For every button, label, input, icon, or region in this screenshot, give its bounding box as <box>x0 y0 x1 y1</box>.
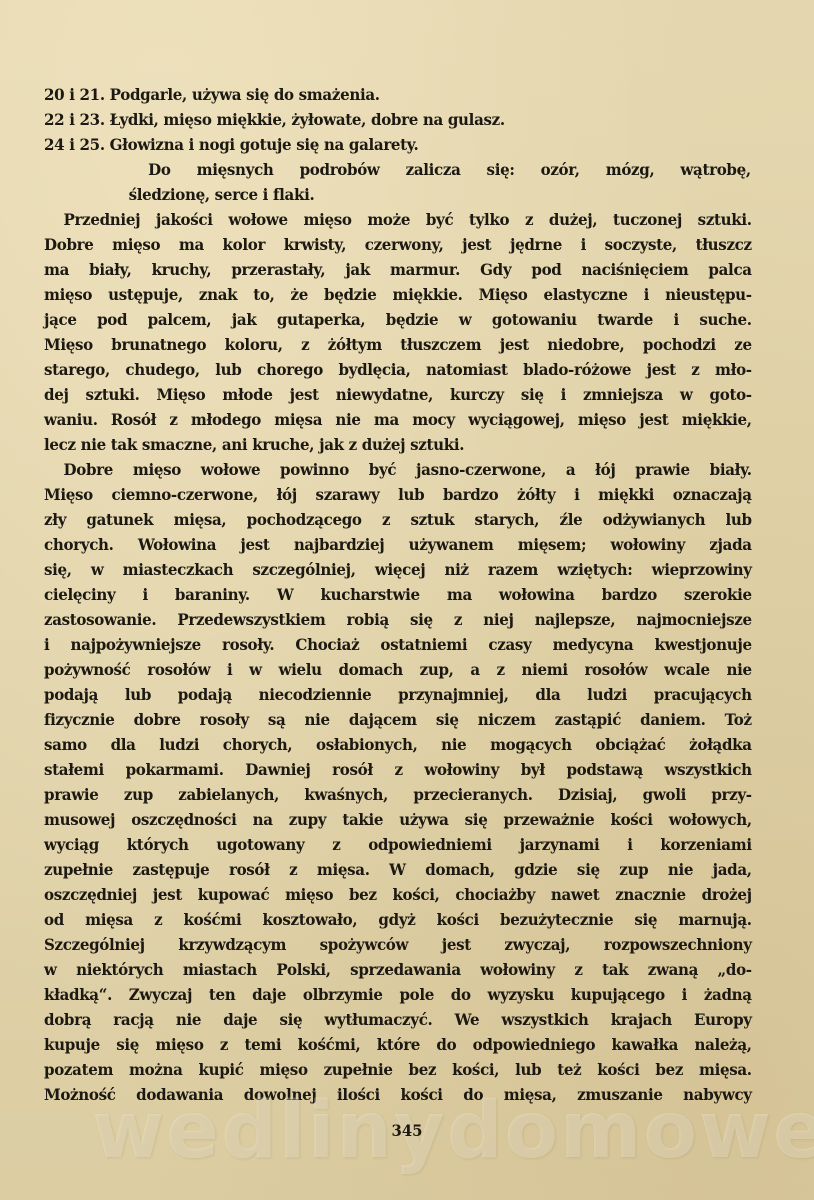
paragraph-line: Mięso ciemno-czerwone, łój szarawy lub b… <box>44 482 752 507</box>
list-item-podgarle: 20 i 21. Podgarle, używa się do smażenia… <box>44 82 752 107</box>
paragraph-line: się, w miasteczkach szczególniej, więcej… <box>44 557 752 582</box>
offal-note-line: śledzionę, serce i flaki. <box>44 182 752 207</box>
offal-note-line: Do mięsnych podrobów zalicza się: ozór, … <box>44 157 751 182</box>
paragraph-meat-quality: Przedniej jakości wołowe mięso może być … <box>44 207 752 457</box>
paragraph-line: stałemi pokarmami. Dawniej rosół z wołow… <box>44 757 752 782</box>
paragraph-line: Mięso brunatnego koloru, z żółtym tłuszc… <box>44 332 752 357</box>
paragraph-line: oszczędniej jest kupować mięso bez kości… <box>44 882 752 907</box>
paragraph-line: Dobre mięso wołowe powinno być jasno-cze… <box>44 457 752 482</box>
paragraph-line: musowej oszczędności na zupy takie używa… <box>44 807 752 832</box>
paragraph-line: zastosowanie. Przedewszystkiem robią się… <box>44 607 752 632</box>
paragraph-line: fizycznie dobre rosoły są nie dającem si… <box>44 707 752 732</box>
paragraph-line: ma biały, kruchy, przerastały, jak marmu… <box>44 257 752 282</box>
paragraph-line: jące pod palcem, jak gutaperka, będzie w… <box>44 307 752 332</box>
paragraph-line: prawie zup zabielanych, kwaśnych, przeci… <box>44 782 752 807</box>
paragraph-line: chorych. Wołowina jest najbardziej używa… <box>44 532 752 557</box>
paragraph-line: wyciąg których ugotowany z odpowiedniemi… <box>44 832 752 857</box>
paragraph-line: kupuje się mięso z temi kośćmi, które do… <box>44 1032 752 1057</box>
paragraph-line: pozatem można kupić mięso zupełnie bez k… <box>44 1057 752 1082</box>
paragraph-line: dej sztuki. Mięso młode jest niewydatne,… <box>44 382 752 407</box>
paragraph-line: samo dla ludzi chorych, osłabionych, nie… <box>44 732 752 757</box>
paragraph-line: mięso ustępuje, znak to, że będzie miękk… <box>44 282 752 307</box>
paragraph-line: kładką“. Zwyczaj ten daje olbrzymie pole… <box>44 982 752 1007</box>
paragraph-line: w niektórych miastach Polski, sprzedawan… <box>44 957 752 982</box>
list-item-glowizna: 24 i 25. Głowizna i nogi gotuje się na g… <box>44 132 752 157</box>
paragraph-line: od mięsa z kośćmi kosztowało, gdyż kości… <box>44 907 752 932</box>
paragraph-line: pożywność rosołów i w wielu domach zup, … <box>44 657 752 682</box>
book-page-text: 20 i 21. Podgarle, używa się do smażenia… <box>44 82 752 1107</box>
paragraph-line: lecz nie tak smaczne, ani kruche, jak z … <box>44 432 752 457</box>
paragraph-line: i najpożywniejsze rosoły. Chociaż ostatn… <box>44 632 752 657</box>
paragraph-line: Szczególniej krzywdzącym spożywców jest … <box>44 932 752 957</box>
paragraph-line: zupełnie zastępuje rosół z mięsa. W doma… <box>44 857 752 882</box>
list-item-lydki: 22 i 23. Łydki, mięso miękkie, żyłowate,… <box>44 107 752 132</box>
paragraph-line: cielęciny i baraniny. W kucharstwie ma w… <box>44 582 752 607</box>
paragraph-line: Przedniej jakości wołowe mięso może być … <box>44 207 752 232</box>
page-number: 345 <box>28 1121 785 1140</box>
paragraph-line: zły gatunek mięsa, pochodzącego z sztuk … <box>44 507 752 532</box>
paragraph-line: starego, chudego, lub chorego bydlęcia, … <box>44 357 752 382</box>
paragraph-line: Dobre mięso ma kolor krwisty, czerwony, … <box>44 232 752 257</box>
paragraph-line: dobrą racją nie daje się wytłumaczyć. We… <box>44 1007 752 1032</box>
paragraph-beef-usage: Dobre mięso wołowe powinno być jasno-cze… <box>44 457 752 1107</box>
paragraph-line: podają lub podają niecodziennie przynajm… <box>44 682 752 707</box>
paragraph-line: waniu. Rosół z młodego mięsa nie ma mocy… <box>44 407 752 432</box>
